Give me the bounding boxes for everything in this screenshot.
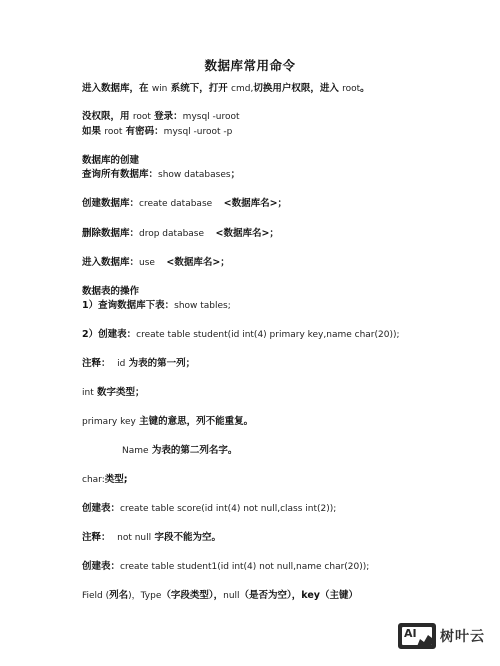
text-line-root-password: 如果 root 有密码：mysql -uroot -p [82, 123, 232, 137]
text-line-show-databases: 查询所有数据库：show databases； [82, 166, 240, 180]
text-line-primary-key: primary key 主键的意思，列不能重复。 [82, 413, 253, 427]
text-line-create-table-student: 2）创建表：create table student(id int(4) pri… [82, 326, 400, 340]
text-line-name-column: Name 为表的第二列名字。 [122, 442, 237, 456]
text-line-show-tables: 1）查询数据库下表：show tables; [82, 297, 231, 311]
ai-logo-icon: AI [398, 623, 436, 649]
watermark-brand: 树叶云 [440, 626, 485, 646]
text-line-note-id: 注释： id 为表的第一列； [82, 355, 195, 369]
mountain-icon [402, 627, 432, 645]
section-heading-db-create: 数据库的创建 [82, 152, 139, 166]
text-line-create-database: 创建数据库：create database <数据库名>； [82, 195, 287, 209]
section-heading-table-ops: 数据表的操作 [82, 283, 139, 297]
text-line-note-not-null: 注释： not null 字段不能为空。 [82, 529, 221, 543]
watermark: AI 树叶云 [398, 622, 485, 650]
text-line-field-description: Field (列名)，Type（字段类型），null（是否为空），key（主键） [82, 587, 358, 601]
text-line-enter-db: 进入数据库，在 win 系统下，打开 cmd,切换用户权限，进入 root。 [82, 80, 370, 94]
document-title: 数据库常用命令 [0, 56, 500, 74]
text-line-int-type: int 数字类型； [82, 384, 145, 398]
text-line-create-table-student1: 创建表：create table student1(id int(4) not … [82, 558, 369, 572]
text-line-create-table-score: 创建表：create table score(id int(4) not nul… [82, 500, 336, 514]
text-line-drop-database: 删除数据库：drop database <数据库名>； [82, 225, 279, 239]
text-line-no-permission: 没权限，用 root 登录：mysql -uroot [82, 108, 240, 122]
text-line-char-type: char:类型; [82, 471, 128, 485]
text-line-use-database: 进入数据库：use <数据库名>； [82, 254, 230, 268]
document-page: 数据库常用命令 进入数据库，在 win 系统下，打开 cmd,切换用户权限，进入… [0, 0, 500, 666]
